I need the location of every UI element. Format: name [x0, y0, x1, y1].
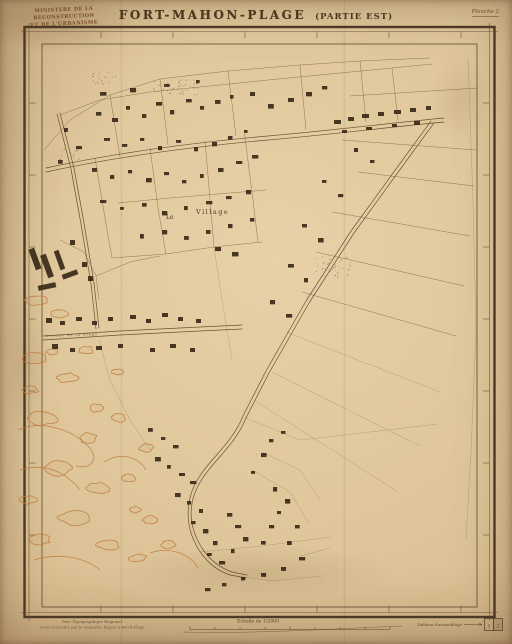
scale-label: Echelle de 1/2000	[237, 619, 279, 625]
index-plate-2: 2	[497, 624, 500, 630]
scale-bar	[183, 626, 402, 632]
credit-line2: Levé et dessiné par le Géomètre Expert à…	[40, 625, 145, 630]
assemblage-index: 1 2	[464, 619, 503, 631]
map-canvas: Le Village Avenue de la Plage Parc Topog…	[0, 0, 512, 644]
credit-line1: Parc Topographique Régional	[62, 619, 123, 624]
label-le: Le	[166, 214, 174, 221]
index-plate-1: 1	[488, 624, 491, 630]
roads-layer	[43, 113, 444, 578]
assemblage-label: Tableau d'assemblage	[417, 622, 462, 627]
dune-contours-layer	[18, 296, 198, 570]
footer-margin: Parc Topographique Régional Levé et dess…	[40, 619, 503, 633]
vegetation-stipple-layer	[60, 72, 351, 278]
label-village: Village	[195, 208, 229, 216]
map-sheet: MINISTÈRE DE LA RECONSTRUCTION ET DE L'U…	[0, 0, 512, 644]
